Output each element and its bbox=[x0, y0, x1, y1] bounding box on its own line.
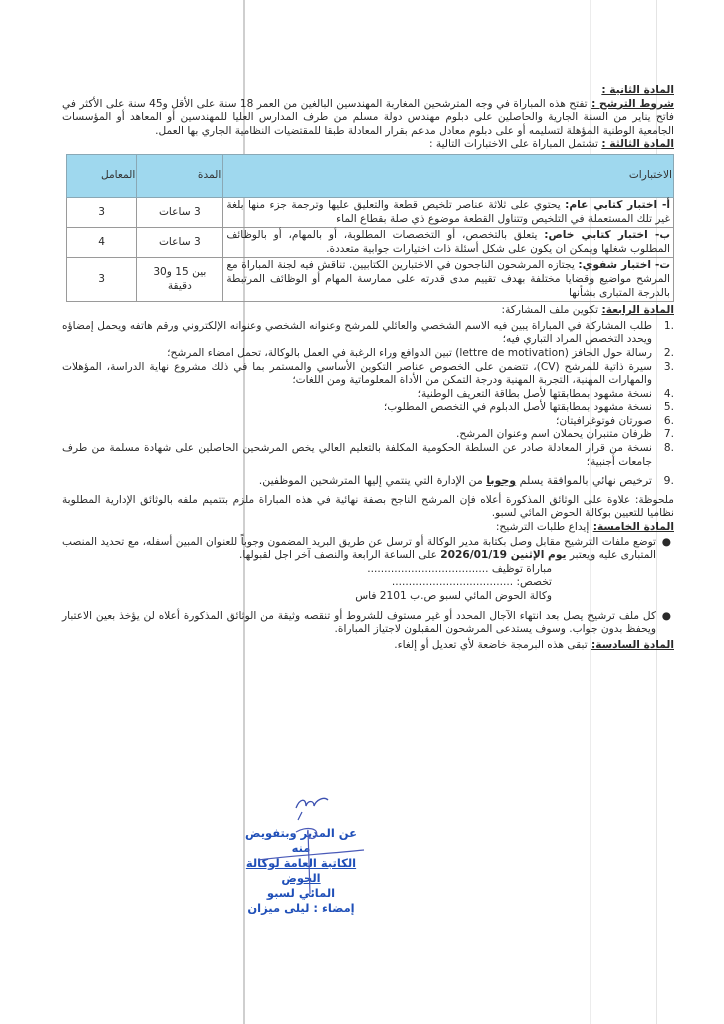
list-item: 3.سيرة ذاتية للمرشح (CV)، تتضمن على الخص… bbox=[62, 361, 656, 388]
fill-in-dots: .................................... bbox=[367, 563, 488, 575]
signature-line: عن المدير وبتفويض منه bbox=[236, 826, 366, 856]
list-item: 7.ظرفان متنبران يحملان اسم وعنوان المرشح… bbox=[62, 428, 656, 442]
article5-intro: إيداع طلبات الترشيح: bbox=[496, 521, 589, 533]
bullet-icon: ● bbox=[662, 536, 671, 550]
item-number: 4. bbox=[664, 388, 674, 402]
signature-line: الكاتبة العامة لوكالة الحوض bbox=[236, 856, 366, 886]
required-documents-list: 1.طلب المشاركة في المباراة يبين فيه الاس… bbox=[62, 320, 674, 488]
exam-coefficient: 3 bbox=[67, 258, 137, 302]
item-text: نسخة من قرار المعادلة صادر عن السلطة الح… bbox=[62, 442, 652, 468]
item-text: سيرة ذاتية للمرشح (CV)، تتضمن على الخصوص… bbox=[62, 361, 652, 387]
list-item: 5.نسخة مشهود بمطابقتها لأصل الدبلوم في ا… bbox=[62, 401, 656, 415]
article4-title: المادة الرابعة: bbox=[601, 304, 674, 316]
table-row: أ- اختبار كتابي عام: يحتوي على ثلاثة عنا… bbox=[67, 197, 674, 227]
note: ملحوظة: علاوة على الوثائق المذكورة أعلاه… bbox=[62, 494, 674, 521]
duration-unit: دقيقة bbox=[168, 280, 192, 292]
submission-rules-list: ● توضع ملفات الترشيح مقابل وصل بكتابة مد… bbox=[62, 536, 674, 637]
list-item: 4.نسخة مشهود بمطابقتها لأصل بطاقة التعري… bbox=[62, 388, 656, 402]
item-text: كل ملف ترشيح يصل بعد انتهاء الآجال المحد… bbox=[62, 610, 656, 636]
item-text: من الإدارة التي ينتمي إليها المترشحين ال… bbox=[259, 474, 487, 487]
article2-conditions: شروط الترشح : تفتح هذه المباراة في وجه ا… bbox=[62, 98, 674, 139]
article4-intro: تكوين ملف المشاركة: bbox=[502, 304, 599, 316]
bullet-icon: ● bbox=[662, 610, 671, 624]
list-item: 9.ترخيص نهائي بالموافقة يسلم وجوبا من ال… bbox=[62, 474, 656, 488]
conditions-label: شروط الترشح : bbox=[591, 98, 674, 110]
article5-title: المادة الخامسة: bbox=[593, 521, 674, 533]
exams-table-header: الاختبارات المدة المعامل bbox=[67, 154, 674, 197]
exam-description: ب- اختبار كتابي خاص: يتعلق بالتخصص، أو ا… bbox=[223, 228, 674, 258]
exam-duration: بين 15 و30دقيقة bbox=[137, 258, 223, 302]
article4-heading: المادة الرابعة: تكوين ملف المشاركة: bbox=[62, 304, 674, 318]
exam-label: أ- اختبار كتابي عام: bbox=[565, 199, 670, 211]
item-text: رسالة حول الحافز (lettre de motivation) … bbox=[167, 347, 652, 359]
item-number: 9. bbox=[664, 474, 675, 488]
article6-text: تبقى هذه البرمجة خاضعة لأي تعديل أو إلغا… bbox=[394, 639, 587, 651]
item-text: نسخة مشهود بمطابقتها لأصل بطاقة التعريف … bbox=[418, 388, 652, 400]
item-text: صورتان فوتوغرافيتان؛ bbox=[556, 415, 652, 427]
list-item: 2.رسالة حول الحافز (lettre de motivation… bbox=[62, 347, 656, 361]
exams-table: الاختبارات المدة المعامل أ- اختبار كتابي… bbox=[66, 154, 674, 302]
mailing-address: مباراة توظيف ...........................… bbox=[62, 563, 656, 604]
item-emphasis: وجوبا bbox=[486, 474, 516, 487]
conditions-text: تفتح هذه المباراة في وجه المترشحين المغا… bbox=[62, 98, 674, 137]
table-row: ب- اختبار كتابي خاص: يتعلق بالتخصص، أو ا… bbox=[67, 228, 674, 258]
signature-line: المائي لسبو bbox=[236, 886, 366, 901]
item-text: نسخة مشهود بمطابقتها لأصل الدبلوم في الت… bbox=[384, 401, 652, 413]
article6-title: المادة السادسة: bbox=[591, 639, 674, 651]
fill-in-dots: .................................... bbox=[392, 576, 513, 588]
list-item: ● كل ملف ترشيح يصل بعد انتهاء الآجال الم… bbox=[62, 610, 656, 637]
article3-intro: تشتمل المباراة على الاختبارات التالية : bbox=[429, 138, 598, 150]
header-coefficient: المعامل bbox=[67, 154, 137, 197]
item-text: طلب المشاركة في المباراة يبين فيه الاسم … bbox=[62, 320, 652, 346]
item-number: 8. bbox=[664, 442, 674, 456]
header-duration: المدة bbox=[137, 154, 223, 197]
exam-description: ت- اختبار شفوي: يجتازه المرشحون الناجحون… bbox=[223, 258, 674, 302]
deadline-date: يوم الإثنين 2026/01/19 bbox=[440, 549, 566, 561]
item-text: ظرفان متنبران يحملان اسم وعنوان المرشح. bbox=[456, 428, 652, 440]
article6-heading: المادة السادسة: تبقى هذه البرمجة خاضعة ل… bbox=[62, 639, 674, 653]
article3-heading: المادة الثالثة : تشتمل المباراة على الاخ… bbox=[62, 138, 674, 152]
document-page: المادة الثانية : شروط الترشح : تفتح هذه … bbox=[62, 84, 674, 652]
exam-description: أ- اختبار كتابي عام: يحتوي على ثلاثة عنا… bbox=[223, 197, 674, 227]
item-number: 5. bbox=[664, 401, 674, 415]
address-line: تخصص: bbox=[516, 576, 552, 588]
list-item: 1.طلب المشاركة في المباراة يبين فيه الاس… bbox=[62, 320, 656, 347]
signature-block: عن المدير وبتفويض منه الكاتبة العامة لوك… bbox=[236, 826, 366, 916]
list-item: 8.نسخة من قرار المعادلة صادر عن السلطة ا… bbox=[62, 442, 656, 469]
item-text: ترخيص نهائي بالموافقة يسلم bbox=[516, 474, 652, 487]
article2-title: المادة الثانية : bbox=[62, 84, 674, 98]
signatory-name: إمضاء : ليلى ميزان bbox=[236, 901, 366, 916]
handwritten-initials-icon bbox=[292, 790, 332, 822]
exam-label: ت- اختبار شفوي: bbox=[578, 259, 670, 271]
duration-line: بين 15 و30 bbox=[153, 266, 206, 278]
item-number: 6. bbox=[664, 415, 674, 429]
exam-label: ب- اختبار كتابي خاص: bbox=[544, 229, 670, 241]
item-number: 3. bbox=[664, 361, 674, 375]
list-item: 6.صورتان فوتوغرافيتان؛ bbox=[62, 415, 656, 429]
exam-duration: 3 ساعات bbox=[137, 228, 223, 258]
article3-title: المادة الثالثة : bbox=[601, 138, 674, 150]
item-number: 1. bbox=[664, 320, 674, 334]
address-line: وكالة الحوض المائي لسبو ص.ب 2101 فاس bbox=[62, 590, 552, 604]
article5-heading: المادة الخامسة: إيداع طلبات الترشيح: bbox=[62, 521, 674, 535]
exam-duration: 3 ساعات bbox=[137, 197, 223, 227]
item-number: 2. bbox=[664, 347, 674, 361]
item-text: على الساعة الرابعة والنصف آخر اجل لقبوله… bbox=[239, 549, 440, 561]
table-row: ت- اختبار شفوي: يجتازه المرشحون الناجحون… bbox=[67, 258, 674, 302]
list-item: ● توضع ملفات الترشيح مقابل وصل بكتابة مد… bbox=[62, 536, 656, 604]
exam-coefficient: 3 bbox=[67, 197, 137, 227]
header-exams: الاختبارات bbox=[223, 154, 674, 197]
item-number: 7. bbox=[664, 428, 674, 442]
exam-coefficient: 4 bbox=[67, 228, 137, 258]
address-line: مباراة توظيف bbox=[492, 563, 552, 575]
